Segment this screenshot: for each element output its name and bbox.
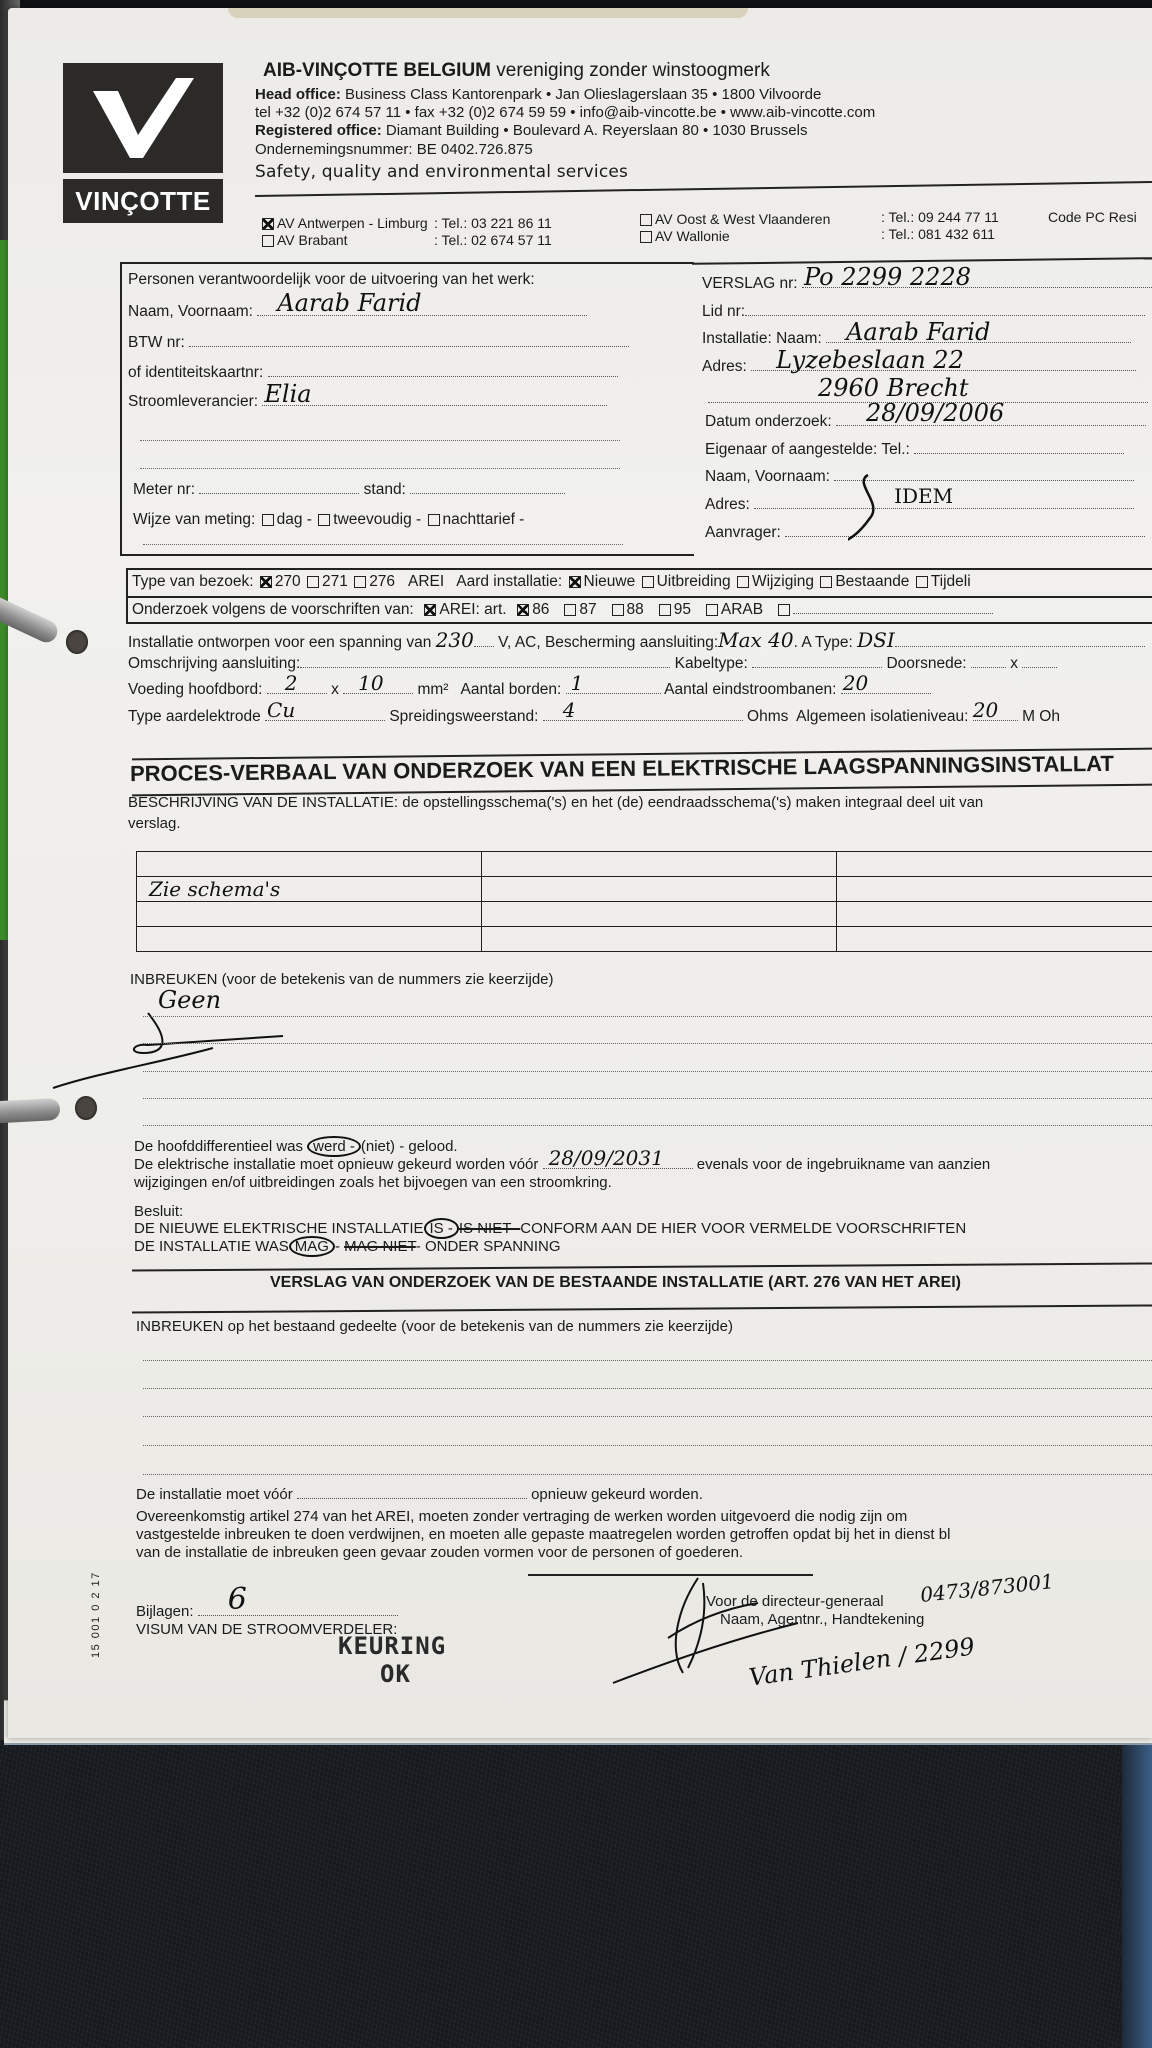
blank-line <box>143 544 623 545</box>
handwritten-number: 0473/873001 <box>919 1569 1055 1607</box>
organization-title: AIB-VINÇOTTE BELGIUM vereniging zonder w… <box>263 60 770 82</box>
report-number-field[interactable]: VERSLAG nr: Po 2299 2228 <box>702 275 1152 293</box>
name-value: Aarab Farid <box>277 289 421 317</box>
checkbox-wijziging[interactable] <box>737 576 749 588</box>
id-card-field[interactable]: of identiteitskaartnr: <box>128 364 618 382</box>
checkbox-276[interactable] <box>354 576 366 588</box>
handwritten-stroke <box>38 1008 288 1093</box>
diff-circled-option: werd - <box>307 1136 361 1157</box>
installation-name-value: Aarab Farid <box>846 318 990 346</box>
vincotte-logo: VINÇOTTE <box>63 63 223 223</box>
table-cell[interactable] <box>837 902 1152 927</box>
checkbox-95[interactable] <box>659 604 671 616</box>
office-tel: : Tel.: 03 221 86 11 <box>434 215 552 232</box>
violation-line[interactable] <box>143 1098 1152 1099</box>
btw-field[interactable]: BTW nr: <box>128 334 629 352</box>
existing-rule-top <box>132 1262 1152 1271</box>
existing-violation-line[interactable] <box>143 1388 1152 1389</box>
tagline: Safety, quality and environmental servic… <box>255 162 628 182</box>
electrode-line: Type aardelektrode Cu Spreidingsweerstan… <box>128 708 1060 726</box>
violation-line[interactable] <box>143 1043 1152 1044</box>
article-274-line2: vastgestelde inbreuken te doen verdwijne… <box>136 1526 950 1543</box>
violation-line[interactable] <box>143 1016 1152 1017</box>
blank-line <box>140 440 620 441</box>
checkbox-uitbreiding[interactable] <box>642 576 654 588</box>
checkmark-icon <box>63 63 223 173</box>
existing-reinspect: De installatie moet vóór opnieuw gekeurd… <box>136 1486 703 1503</box>
idem-value: IDEM <box>894 484 953 508</box>
checkbox-arab[interactable] <box>706 604 718 616</box>
office-checkbox[interactable] <box>640 214 652 226</box>
spread-value: 4 <box>563 698 576 722</box>
code-pc-label: Code PC Resi <box>1048 209 1137 226</box>
pv-description-cont: verslag. <box>128 815 181 832</box>
installation-description-table: Zie schema's <box>136 851 1152 952</box>
checkbox-tijdelijk[interactable] <box>916 576 928 588</box>
feed-b-value: 10 <box>358 671 383 695</box>
fabric-edge <box>1122 1740 1152 2048</box>
existing-violation-line[interactable] <box>143 1474 1152 1475</box>
checkbox-87[interactable] <box>564 604 576 616</box>
checkbox-nieuwe[interactable] <box>569 576 581 588</box>
office-checkbox[interactable] <box>262 218 274 230</box>
checkbox-dag[interactable] <box>262 514 274 526</box>
name-field[interactable]: Naam, Voornaam: Aarab Farid <box>128 303 587 321</box>
checkbox-86[interactable] <box>517 604 529 616</box>
checkbox-bestaande[interactable] <box>820 576 832 588</box>
binder-ring-bottom <box>0 1098 61 1124</box>
existing-violation-line[interactable] <box>143 1416 1152 1417</box>
supplier-field[interactable]: Stroomleverancier: Elia <box>128 393 607 411</box>
differential-line: De hoofddifferentieel was werd -(niet) -… <box>134 1138 458 1155</box>
article-274-line3: van de installatie de inbreuken geen gev… <box>136 1544 743 1561</box>
connection-line: Omschrijving aansluiting: Kabeltype: Doo… <box>128 655 1057 673</box>
visit-type: Type van bezoek: 270 271 276 AREI Aard i… <box>132 573 971 591</box>
table-cell[interactable] <box>137 927 482 952</box>
head-office: Head office: Business Class Kantorenpark… <box>255 86 821 103</box>
table-cell[interactable] <box>837 927 1152 952</box>
table-cell[interactable] <box>137 902 482 927</box>
reinspect-line: De elektrische installatie moet opnieuw … <box>134 1156 990 1173</box>
checkbox-nachttarief[interactable] <box>428 514 440 526</box>
article-274-text: Overeenkomstig artikel 274 van het AREI,… <box>136 1508 907 1525</box>
a-type-value[interactable]: DSI <box>857 628 895 652</box>
owner-address-field[interactable]: Adres: IDEM <box>705 496 1134 514</box>
office-checkbox[interactable] <box>640 231 652 243</box>
existing-title: VERSLAG VAN ONDERZOEK VAN DE BESTAANDE I… <box>270 1274 961 1292</box>
top-clip <box>228 8 748 18</box>
measurement-method: Wijze van meting: dag - tweevoudig - nac… <box>133 511 524 529</box>
requester-field[interactable]: Aanvrager: <box>705 524 1145 542</box>
feed-a-value: 2 <box>285 671 298 695</box>
punch-hole <box>66 630 88 654</box>
blank-line <box>140 468 620 469</box>
office-tel: : Tel.: 09 244 77 11 <box>881 209 999 226</box>
existing-violations-label: INBREUKEN op het bestaand gedeelte (voor… <box>136 1318 733 1335</box>
responsible-heading: Personen verantwoordelijk voor de uitvoe… <box>128 271 535 289</box>
address-line2-value: 2960 Brecht <box>818 374 969 402</box>
decision-label: Besluit: <box>134 1203 183 1220</box>
table-row <box>137 927 1152 952</box>
table-row <box>137 902 1152 927</box>
cable-field[interactable] <box>752 667 882 668</box>
signature-mark <box>608 1568 808 1688</box>
reinspect-date-value: 28/09/2031 <box>549 1146 664 1170</box>
office-brabant: AV Brabant <box>260 232 348 249</box>
table-cell[interactable]: Zie schema's <box>137 877 482 902</box>
boards-value: 1 <box>571 671 584 695</box>
attachments-value: 6 <box>228 1582 247 1617</box>
reinspect-line2: wijzigingen en/of uitbreidingen zoals he… <box>134 1174 612 1191</box>
punch-hole <box>75 1096 97 1120</box>
checkbox-tweevoudig[interactable] <box>318 514 330 526</box>
insulation-value: 20 <box>973 698 998 722</box>
checkbox-270[interactable] <box>260 576 272 588</box>
office-tel: : Tel.: 02 674 57 11 <box>434 232 552 249</box>
table-cell[interactable] <box>482 852 837 877</box>
table-cell[interactable] <box>837 852 1152 877</box>
pv-description: BESCHRIJVING VAN DE INSTALLATIE: de opst… <box>128 794 983 811</box>
table-row: Zie schema's <box>137 877 1152 902</box>
decision-voltage: DE INSTALLATIE WASMAG- MAG NIET- ONDER S… <box>134 1238 561 1255</box>
stamp-keuring: KEURING <box>338 1632 446 1660</box>
is-niet-struck: IS NIET - <box>459 1220 520 1237</box>
regulations: Onderzoek volgens de voorschriften van: … <box>132 601 993 619</box>
attachments-field: Bijlagen: 6 <box>136 1603 398 1620</box>
stamp-ok: OK <box>380 1660 411 1688</box>
mag-niet-struck: MAG NIET <box>344 1238 416 1255</box>
violation-line[interactable] <box>143 1071 1152 1072</box>
office-checkbox[interactable] <box>262 235 274 247</box>
electrode-value: Cu <box>267 698 295 722</box>
voltage-value[interactable]: 230 <box>436 628 474 652</box>
table-cell[interactable] <box>137 852 482 877</box>
table-cell[interactable] <box>837 877 1152 902</box>
registered-office: Registered office: Diamant Building • Bo… <box>255 122 807 139</box>
voltage-line: Installatie ontworpen voor een spanning … <box>128 628 1145 652</box>
existing-reinspect-date[interactable] <box>297 1498 527 1499</box>
circuits-value: 20 <box>843 671 868 695</box>
office-tel: : Tel.: 081 432 611 <box>881 226 995 243</box>
protection-value[interactable]: Max 40 <box>718 628 794 652</box>
fabric-background <box>0 1740 1152 2048</box>
checkbox-other[interactable] <box>778 604 790 616</box>
checkbox-arei[interactable] <box>424 604 436 616</box>
feed-line: Voeding hoofdbord: 2 x 10 mm² Aantal bor… <box>128 681 931 699</box>
contact-line: tel +32 (0)2 674 57 11 • fax +32 (0)2 67… <box>255 104 875 121</box>
decision-conformity: DE NIEUWE ELEKTRISCHE INSTALLATIEIS -IS … <box>134 1220 966 1237</box>
meter-field[interactable]: Meter nr: stand: <box>133 481 565 499</box>
table-cell[interactable] <box>482 927 837 952</box>
report-number-value: Po 2299 2228 <box>804 263 971 291</box>
enterprise-number: Ondernemingsnummer: BE 0402.726.875 <box>255 141 533 158</box>
violation-line[interactable] <box>143 1125 1152 1126</box>
office-oost-west: AV Oost & West Vlaanderen <box>638 211 830 228</box>
existing-violation-line[interactable] <box>143 1445 1152 1446</box>
header-rule <box>255 181 1152 197</box>
existing-violation-line[interactable] <box>143 1360 1152 1361</box>
inspection-form-page: VINÇOTTE AIB-VINÇOTTE BELGIUM vereniging… <box>8 8 1152 1738</box>
brace-mark <box>848 473 898 548</box>
office-wallonie: AV Wallonie <box>638 228 730 245</box>
supplier-value: Elia <box>264 380 311 408</box>
table-cell[interactable] <box>482 902 837 927</box>
existing-rule-bottom <box>132 1304 1152 1313</box>
logo-wordmark: VINÇOTTE <box>63 179 223 223</box>
table-cell[interactable] <box>482 877 837 902</box>
checkbox-88[interactable] <box>612 604 624 616</box>
table-row <box>137 852 1152 877</box>
address-line1-value: Lyzebeslaan 22 <box>776 346 964 374</box>
mag-circled-option: MAG <box>289 1236 335 1257</box>
inspection-date-field[interactable]: Datum onderzoek: 28/09/2006 <box>705 413 1146 431</box>
inspection-date-value: 28/09/2006 <box>866 399 1004 427</box>
is-circled-option: IS - <box>424 1218 459 1239</box>
checkbox-271[interactable] <box>307 576 319 588</box>
connection-field[interactable] <box>300 667 670 668</box>
owner-tel-field[interactable]: Eigenaar of aangestelde: Tel.: <box>705 441 1124 459</box>
form-code: 15 001 0 2 17 <box>90 1571 102 1658</box>
office-antwerpen: AV Antwerpen - Limburg <box>260 215 428 232</box>
